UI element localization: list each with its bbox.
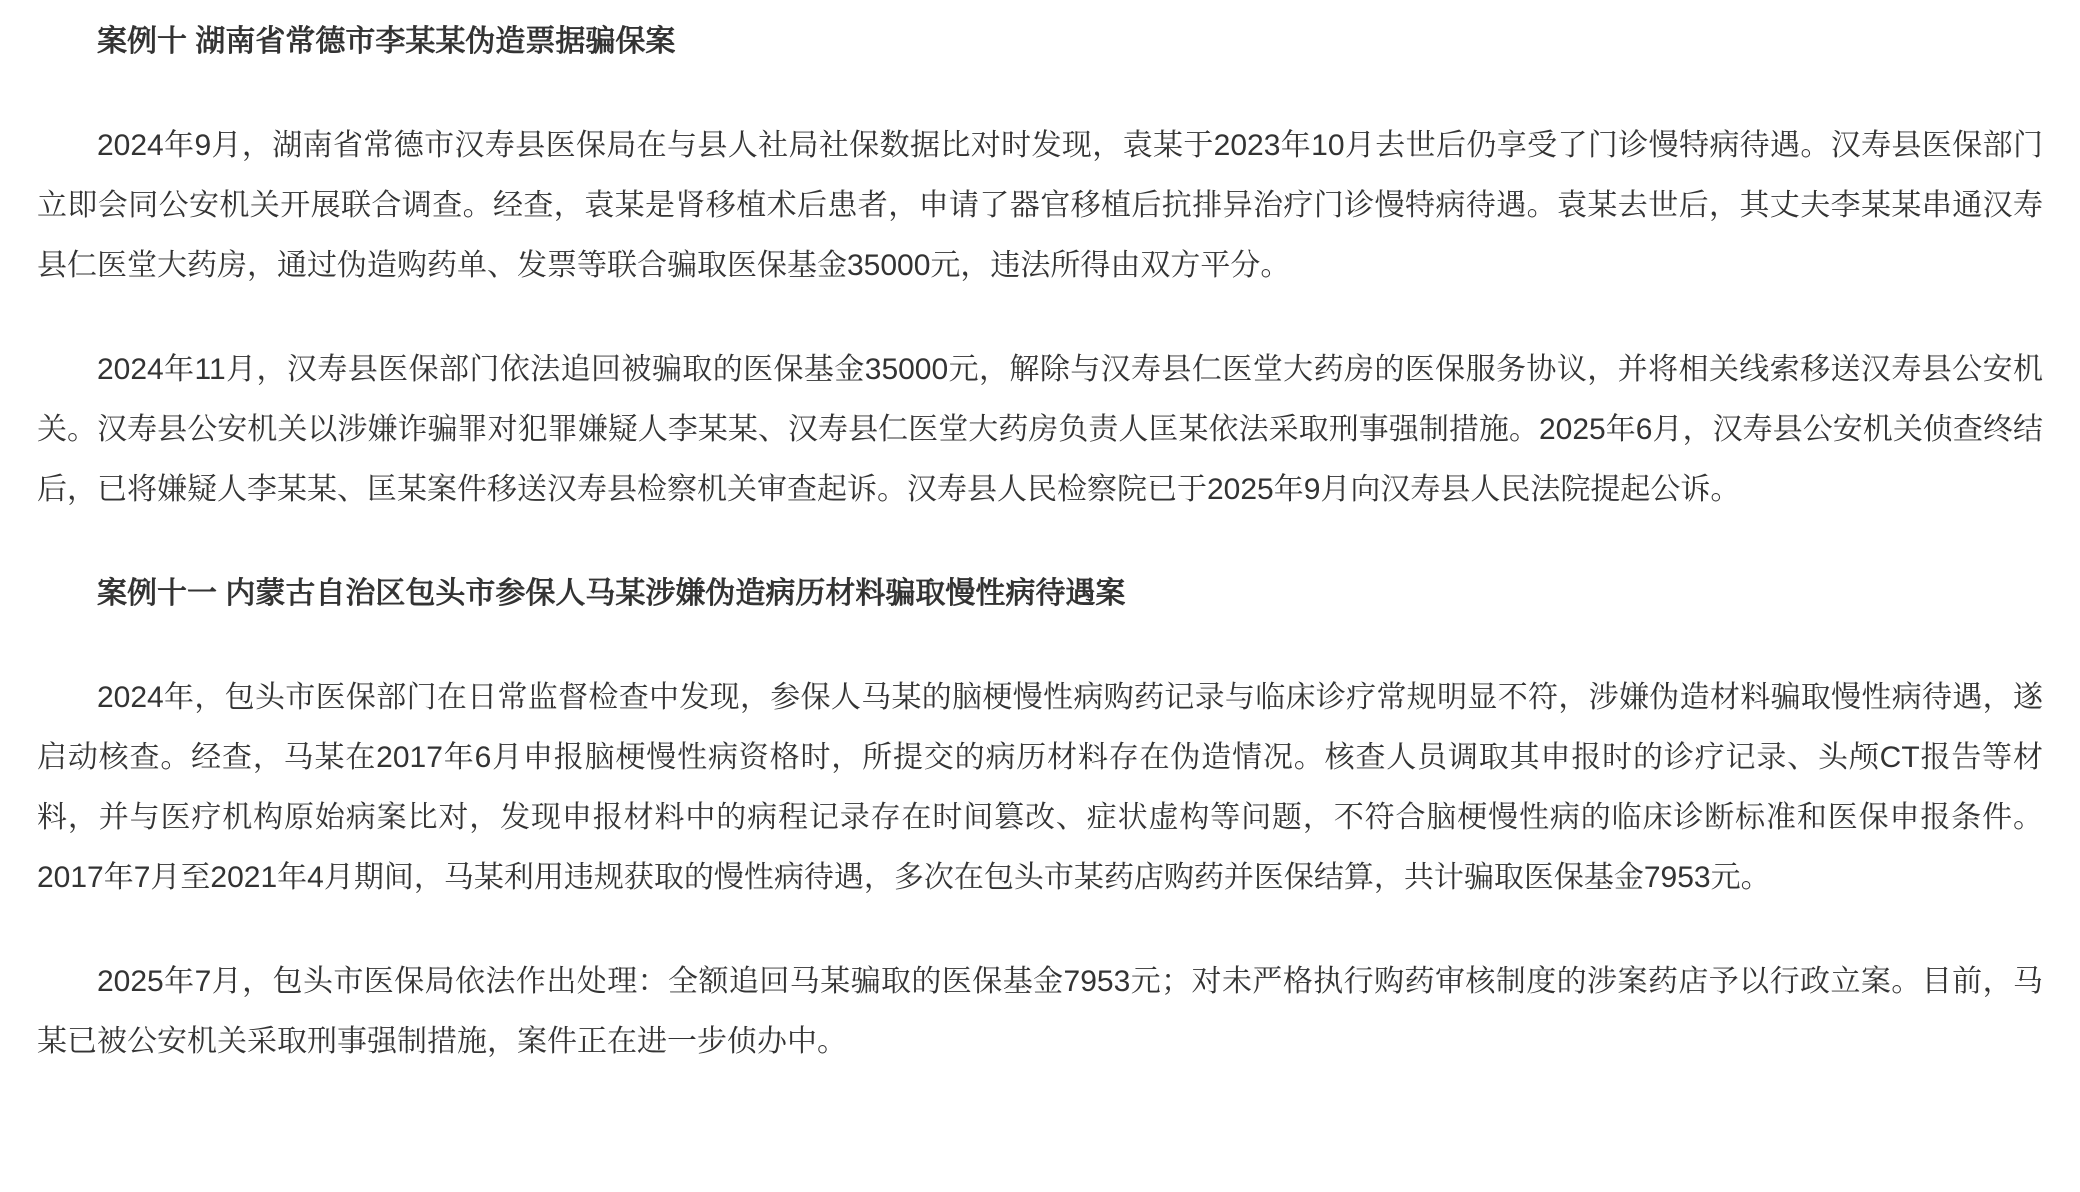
case-eleven-heading: 案例十一 内蒙古自治区包头市参保人马某涉嫌伪造病历材料骗取慢性病待遇案 xyxy=(37,564,2043,624)
case-eleven-paragraph-2: 2025年7月，包头市医保局依法作出处理：全额追回马某骗取的医保基金7953元；… xyxy=(37,952,2043,1072)
case-ten-heading: 案例十 湖南省常德市李某某伪造票据骗保案 xyxy=(37,12,2043,72)
case-ten-paragraph-2: 2024年11月，汉寿县医保部门依法追回被骗取的医保基金35000元，解除与汉寿… xyxy=(37,340,2043,520)
case-eleven-paragraph-1: 2024年，包头市医保部门在日常监督检查中发现，参保人马某的脑梗慢性病购药记录与… xyxy=(37,668,2043,908)
document-body: 案例十 湖南省常德市李某某伪造票据骗保案 2024年9月，湖南省常德市汉寿县医保… xyxy=(0,0,2080,1072)
case-ten-paragraph-1: 2024年9月，湖南省常德市汉寿县医保局在与县人社局社保数据比对时发现，袁某于2… xyxy=(37,116,2043,296)
